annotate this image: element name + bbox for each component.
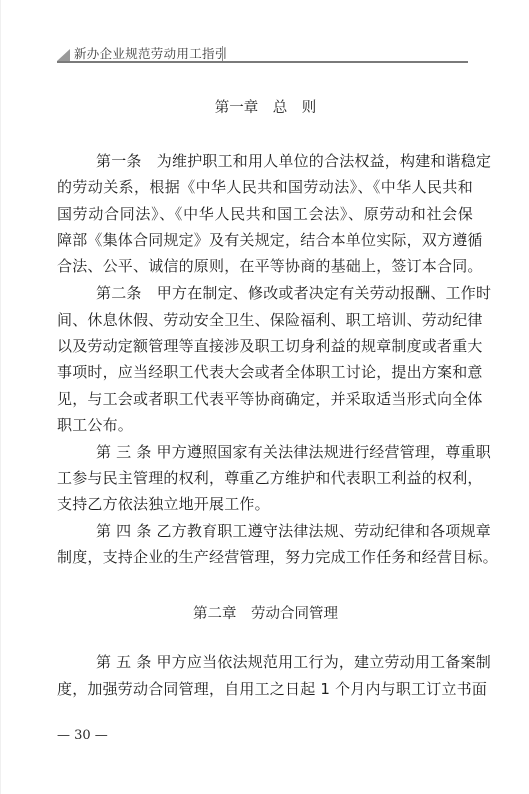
article-line: 工参与民主管理的权利，尊重乙方维护和代表职工利益的权利， — [57, 468, 473, 488]
article-line: 障部《集体合同规定》及有关规定，结合本单位实际，双方遵循 — [57, 230, 473, 250]
triangle-marker-icon — [57, 49, 70, 61]
article-line: 度，加强劳动合同管理，自用工之日起 1 个月内与职工订立书面 — [57, 679, 473, 699]
article-line: 合法、公平、诚信的原则，在平等协商的基础上，签订本合同。 — [57, 256, 473, 276]
article-line: 的劳动关系，根据《中华人民共和国劳动法》、《中华人民共和 — [57, 177, 473, 197]
header-title: 新办企业规范劳动用工指引 — [74, 46, 228, 62]
article-line: 第 五 条 甲方应当依法规范用工行为，建立劳动用工备案制 — [96, 652, 473, 672]
article-line: 支持乙方依法独立地开展工作。 — [57, 494, 473, 514]
header-divider — [222, 46, 223, 61]
document-page: 新办企业规范劳动用工指引 第一章 总 则 第一条 为维护职工和用人单位的合法权益… — [0, 0, 529, 794]
chapter-title: 第一章 总 则 — [1, 98, 529, 118]
article-line: 国劳动合同法》、《中华人民共和国工会法》、原劳动和社会保 — [57, 204, 473, 224]
article-line: 见，与工会或者职工代表平等协商确定，并采取适当形式向全体 — [57, 389, 473, 409]
article-line: 制度，支持企业的生产经营管理，努力完成工作任务和经营目标。 — [57, 547, 473, 567]
header-rule — [57, 61, 468, 63]
article-line: 间、休息休假、劳动安全卫生、保险福利、职工培训、劳动纪律 — [57, 310, 473, 330]
article-line: 第一条 为维护职工和用人单位的合法权益，构建和谐稳定 — [96, 151, 473, 171]
page-number: — 30 — — [57, 727, 108, 745]
article-line: 第二条 甲方在制定、修改或者决定有关劳动报酬、工作时 — [96, 283, 473, 303]
running-header: 新办企业规范劳动用工指引 — [57, 46, 468, 62]
article-line: 第 四 条 乙方教育职工遵守法律法规、劳动纪律和各项规章 — [96, 521, 473, 541]
article-line: 第 三 条 甲方遵照国家有关法律法规进行经营管理，尊重职 — [96, 442, 473, 462]
chapter-title: 第二章 劳动合同管理 — [1, 604, 529, 624]
article-line: 职工公布。 — [57, 415, 473, 435]
article-line: 以及劳动定额管理等直接涉及职工切身利益的规章制度或者重大 — [57, 336, 473, 356]
article-line: 事项时，应当经职工代表大会或者全体职工讨论，提出方案和意 — [57, 362, 473, 382]
